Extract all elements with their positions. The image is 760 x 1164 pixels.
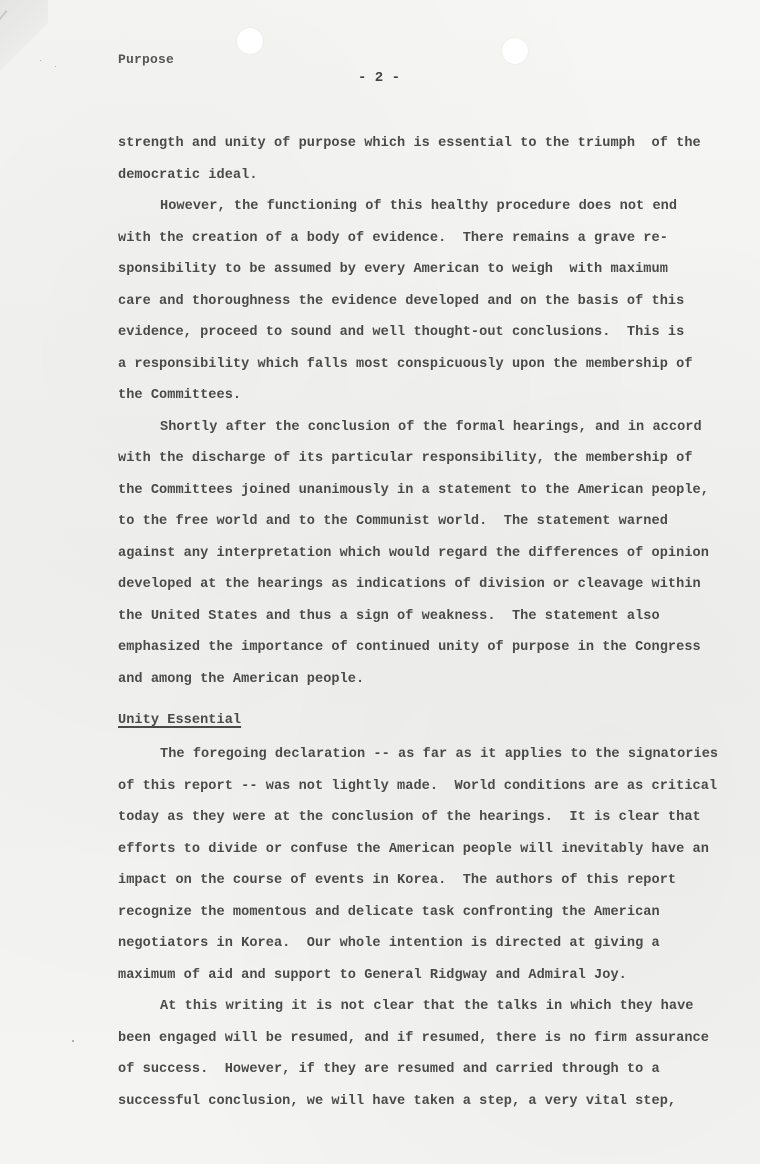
text-line: the Committees. <box>118 380 718 412</box>
text-line: the Committees joined unanimously in a s… <box>118 475 718 507</box>
paper-speck <box>72 1040 74 1042</box>
text-line: evidence, proceed to sound and well thou… <box>118 317 718 349</box>
text-line: strength and unity of purpose which is e… <box>118 128 718 160</box>
text-line: a responsibility which falls most conspi… <box>118 349 718 381</box>
text-line: The foregoing declaration -- as far as i… <box>118 739 718 771</box>
page-number: - 2 - <box>358 70 400 86</box>
text-line: sponsibility to be assumed by every Amer… <box>118 254 718 286</box>
text-line: to the free world and to the Communist w… <box>118 506 718 538</box>
text-line: However, the functioning of this healthy… <box>118 191 718 223</box>
text-line: successful conclusion, we will have take… <box>118 1086 718 1118</box>
document-body: strength and unity of purpose which is e… <box>118 128 718 1117</box>
text-line: impact on the course of events in Korea.… <box>118 865 718 897</box>
text-line: of this report -- was not lightly made. … <box>118 771 718 803</box>
text-line: recognize the momentous and delicate tas… <box>118 897 718 929</box>
paper-speck <box>55 66 56 67</box>
text-line: maximum of aid and support to General Ri… <box>118 960 718 992</box>
section-gap <box>118 695 718 709</box>
text-line: and among the American people. <box>118 664 718 696</box>
text-line: developed at the hearings as indications… <box>118 569 718 601</box>
text-line: the United States and thus a sign of wea… <box>118 601 718 633</box>
header-label: Purpose <box>118 52 174 67</box>
text-line: negotiators in Korea. Our whole intentio… <box>118 928 718 960</box>
text-line: care and thoroughness the evidence devel… <box>118 286 718 318</box>
text-line: with the creation of a body of evidence.… <box>118 223 718 255</box>
document-page: Purpose - 2 - strength and unity of purp… <box>0 0 760 1164</box>
text-line: with the discharge of its particular res… <box>118 443 718 475</box>
text-line: been engaged will be resumed, and if res… <box>118 1023 718 1055</box>
text-line: Shortly after the conclusion of the form… <box>118 412 718 444</box>
punch-hole-left <box>237 28 263 54</box>
text-line: against any interpretation which would r… <box>118 538 718 570</box>
text-line: today as they were at the conclusion of … <box>118 802 718 834</box>
text-line: At this writing it is not clear that the… <box>118 991 718 1023</box>
paper-speck <box>40 60 41 61</box>
text-line: democratic ideal. <box>118 160 718 192</box>
text-line: efforts to divide or confuse the America… <box>118 834 718 866</box>
folded-corner <box>0 0 48 80</box>
section-heading: Unity Essential <box>118 709 241 733</box>
punch-hole-right <box>502 38 528 64</box>
text-line: emphasized the importance of continued u… <box>118 632 718 664</box>
text-line: of success. However, if they are resumed… <box>118 1054 718 1086</box>
